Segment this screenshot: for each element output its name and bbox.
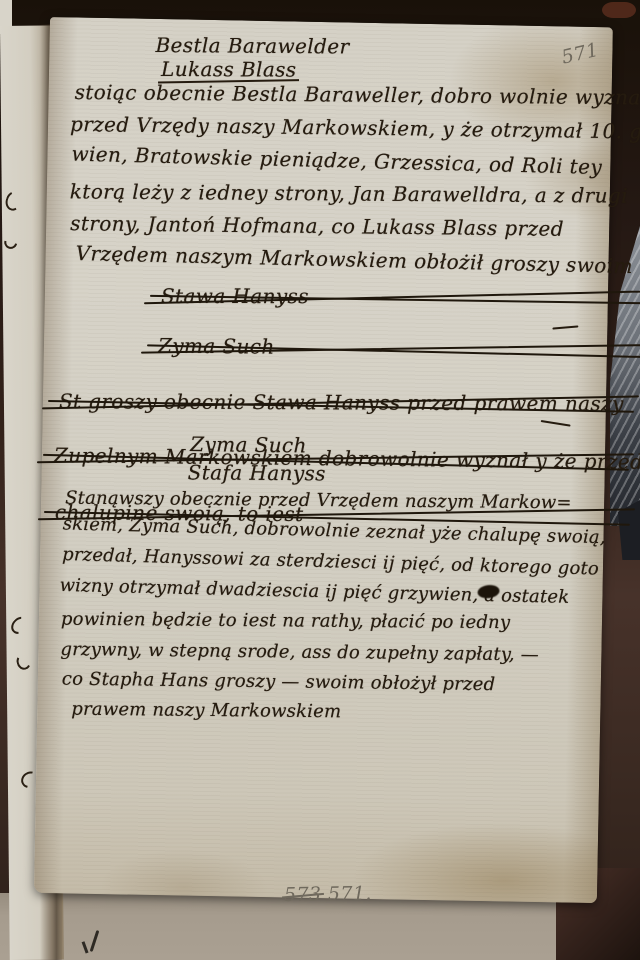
handwritten-line: strony, Jantoń Hofmana, co Lukass Blass … [70,211,564,241]
folio-number-bottom: 573 571. [284,883,372,906]
handwritten-line: wien, Bratowskie pieniądze, Grzessica, o… [71,142,602,179]
handwritten-line: powinien będzie to iest na rathy, płacić… [61,609,510,634]
handwritten-line: przedał, Hanyssowi za sterdziesci ij pię… [62,544,599,580]
bleedthrough-speck [2,233,20,251]
entry1-heading-name2: Lukass Blass [161,57,297,82]
folio-number-struck: 573 [284,883,322,906]
pen-dash [552,325,578,329]
handwritten-line: ktorą leży z iedney strony, Jan Barawell… [70,179,628,207]
handwritten-line: stoiąc obecnie Bestla Baraweller, dobro … [75,80,640,109]
bleedthrough-speck [3,189,25,213]
struck-line: Zupelnym Markowskiem dobrowolnie wyznał … [54,443,617,473]
bleedthrough-speck [8,613,32,637]
struck-heading-name2: Zyma Such [158,333,640,362]
entry2-heading-name1: Zyma Such [190,432,307,457]
struck-heading-name1: Stawa Hanyss [161,284,640,308]
entry2-heading-name2: Stafa Hanyss [188,460,326,485]
manuscript-page: 571 Bestla Barawelder Lukass Blass stoią… [34,17,613,903]
binding-fragment [602,2,636,18]
handwritten-line: Vrzędem naszym Markowskiem obłożił grosz… [75,241,640,279]
entry1-heading-name1: Bestla Barawelder [155,33,349,59]
handwritten-line: co Stapha Hans groszy — swoim obłożył pr… [62,668,496,695]
pen-dash [541,420,571,427]
struck-line: St groszy obecnie Stawa Hanyss przed pra… [59,389,622,415]
handwritten-line: grzywny, w stepną srode, ass do zupełny … [60,639,539,665]
folio-number-current: 571. [328,883,372,906]
bleedthrough-speck [15,652,33,671]
handwritten-line: prawem naszy Markowskiem [71,699,341,723]
manuscript-photo: 571 Bestla Barawelder Lukass Blass stoią… [0,0,640,960]
handwritten-line: przed Vrzędy naszy Markowskiem, y że otr… [70,112,640,144]
folio-number-top: 571 [559,39,600,69]
